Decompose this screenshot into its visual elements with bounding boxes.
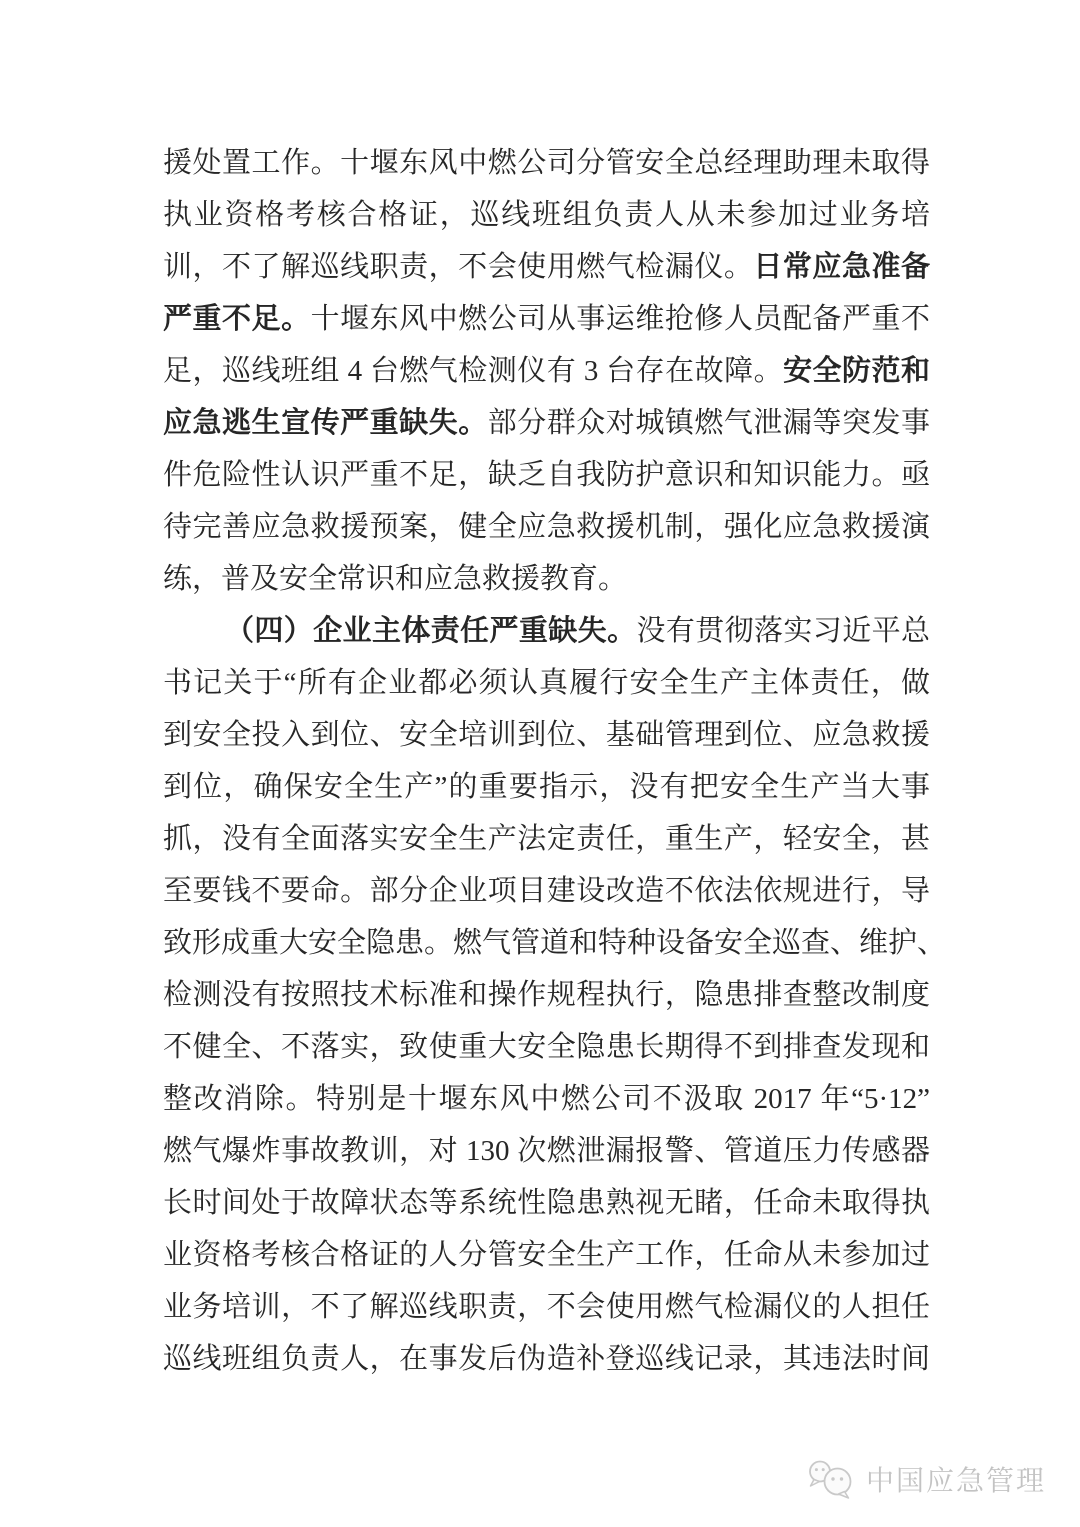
body-text: 不健全、不落实，致使重大安全隐患长期得不到排查发现和 (163, 1031, 930, 1063)
text-line: 抓，没有全面落实安全生产法定责任，重生产，轻安全，甚 (163, 813, 930, 865)
body-text: 整改消除。特别是十堰东风中燃公司不汲取 2017 年“5·12” (163, 1083, 930, 1115)
text-line: 到安全投入到位、安全培训到位、基础管理到位、应急救援 (163, 709, 930, 761)
text-line: 训，不了解巡线职责，不会使用燃气检漏仪。日常应急准备 (163, 241, 930, 293)
watermark: 中国应急管理 (807, 1459, 1046, 1499)
text-line: 整改消除。特别是十堰东风中燃公司不汲取 2017 年“5·12” (163, 1073, 930, 1125)
body-text: 到安全投入到位、安全培训到位、基础管理到位、应急救援 (163, 719, 930, 751)
document-body: 援处置工作。十堰东风中燃公司分管安全总经理助理未取得执业资格考核合格证，巡线班组… (163, 137, 930, 1385)
text-line: 业资格考核合格证的人分管安全生产工作，任命从未参加过 (163, 1229, 930, 1281)
body-text: 件危险性认识严重不足，缺乏自我防护意识和知识能力。亟 (163, 459, 930, 491)
body-text: 长时间处于故障状态等系统性隐患熟视无睹，任命未取得执 (163, 1187, 930, 1219)
emphasis-text: 应急逃生宣传严重缺失。 (163, 407, 488, 439)
watermark-label: 中国应急管理 (866, 1459, 1046, 1499)
text-line: 待完善应急救援预案，健全应急救援机制，强化应急救援演 (163, 501, 930, 553)
body-text: 练，普及安全常识和应急救援教育。 (163, 563, 627, 595)
text-line: 书记关于“所有企业都必须认真履行安全生产主体责任，做 (163, 657, 930, 709)
body-text: 没有贯彻落实习近平总 (636, 615, 930, 647)
body-text: 援处置工作。十堰东风中燃公司分管安全总经理助理未取得 (163, 147, 930, 179)
text-line: 至要钱不要命。部分企业项目建设改造不依法依规进行，导 (163, 865, 930, 917)
body-text: 足，巡线班组 4 台燃气检测仪有 3 台存在故障。 (163, 355, 783, 387)
emphasis-text: 严重不足。 (163, 303, 311, 335)
text-line: 燃气爆炸事故教训，对 130 次燃泄漏报警、管道压力传感器 (163, 1125, 930, 1177)
text-line: 应急逃生宣传严重缺失。部分群众对城镇燃气泄漏等突发事 (163, 397, 930, 449)
body-text: 业务培训，不了解巡线职责，不会使用燃气检漏仪的人担任 (163, 1291, 930, 1323)
text-line: 检测没有按照技术标准和操作规程执行，隐患排查整改制度 (163, 969, 930, 1021)
text-line: 长时间处于故障状态等系统性隐患熟视无睹，任命未取得执 (163, 1177, 930, 1229)
text-line: 到位，确保安全生产”的重要指示，没有把安全生产当大事 (163, 761, 930, 813)
document-page: 援处置工作。十堰东风中燃公司分管安全总经理助理未取得执业资格考核合格证，巡线班组… (0, 0, 1080, 1527)
emphasis-text: 日常应急准备 (753, 251, 930, 283)
text-line: 练，普及安全常识和应急救援教育。 (163, 553, 930, 605)
text-line: 业务培训，不了解巡线职责，不会使用燃气检漏仪的人担任 (163, 1281, 930, 1333)
text-line: 严重不足。十堰东风中燃公司从事运维抢修人员配备严重不 (163, 293, 930, 345)
body-text: 训，不了解巡线职责，不会使用燃气检漏仪。 (163, 251, 753, 283)
body-text: 抓，没有全面落实安全生产法定责任，重生产，轻安全，甚 (163, 823, 930, 855)
body-text: 到位，确保安全生产”的重要指示，没有把安全生产当大事 (163, 771, 930, 803)
body-text: 致形成重大安全隐患。燃气管道和特种设备安全巡查、维护、 (163, 927, 946, 959)
body-text: 至要钱不要命。部分企业项目建设改造不依法依规进行，导 (163, 875, 930, 907)
text-line: 执业资格考核合格证，巡线班组负责人从未参加过业务培 (163, 189, 930, 241)
body-text: 检测没有按照技术标准和操作规程执行，隐患排查整改制度 (163, 979, 930, 1011)
body-text: 书记关于“所有企业都必须认真履行安全生产主体责任，做 (163, 667, 930, 699)
emphasis-text: （四）企业主体责任严重缺失。 (225, 615, 636, 647)
text-line: 足，巡线班组 4 台燃气检测仪有 3 台存在故障。安全防范和 (163, 345, 930, 397)
body-text: 待完善应急救援预案，健全应急救援机制，强化应急救援演 (163, 511, 930, 543)
body-text: 巡线班组负责人，在事发后伪造补登巡线记录，其违法时间 (163, 1343, 930, 1375)
wechat-icon (807, 1459, 857, 1499)
text-line: 巡线班组负责人，在事发后伪造补登巡线记录，其违法时间 (163, 1333, 930, 1385)
text-line: 援处置工作。十堰东风中燃公司分管安全总经理助理未取得 (163, 137, 930, 189)
body-text: 燃气爆炸事故教训，对 130 次燃泄漏报警、管道压力传感器 (163, 1135, 930, 1167)
emphasis-text: 安全防范和 (783, 355, 930, 387)
body-text: 业资格考核合格证的人分管安全生产工作，任命从未参加过 (163, 1239, 930, 1271)
text-line: 致形成重大安全隐患。燃气管道和特种设备安全巡查、维护、 (163, 917, 930, 969)
text-line: （四）企业主体责任严重缺失。没有贯彻落实习近平总 (163, 605, 930, 657)
text-line: 件危险性认识严重不足，缺乏自我防护意识和知识能力。亟 (163, 449, 930, 501)
body-text: 执业资格考核合格证，巡线班组负责人从未参加过业务培 (163, 199, 930, 231)
body-text: 部分群众对城镇燃气泄漏等突发事 (488, 407, 930, 439)
body-text: 十堰东风中燃公司从事运维抢修人员配备严重不 (311, 303, 930, 335)
text-line: 不健全、不落实，致使重大安全隐患长期得不到排查发现和 (163, 1021, 930, 1073)
